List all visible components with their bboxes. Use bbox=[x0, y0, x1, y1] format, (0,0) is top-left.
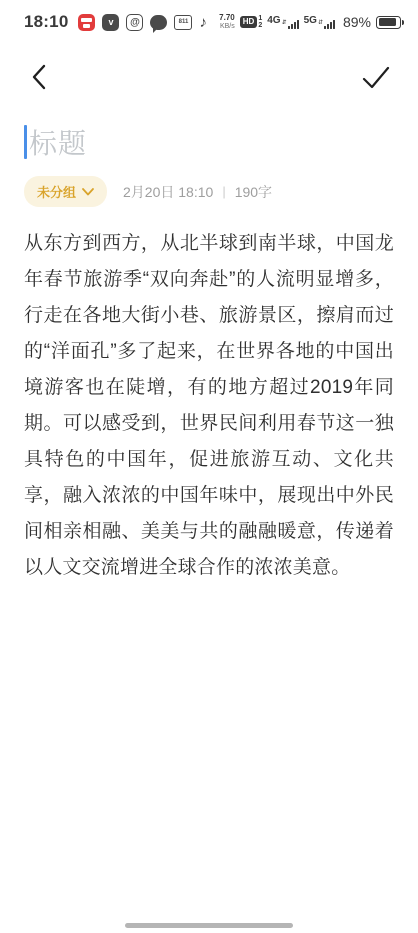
meta-separator: | bbox=[222, 184, 225, 199]
notification-icons: v @ 811 ♪ bbox=[78, 14, 207, 31]
volte-hd-icon: HD 1 2 bbox=[240, 15, 262, 29]
battery-percent: 89% bbox=[343, 14, 371, 30]
battery-icon bbox=[376, 16, 404, 29]
text-cursor bbox=[24, 125, 27, 159]
sim2-signal-icon: 5G ⇵ bbox=[304, 16, 335, 29]
network-speed: 7.70 KB/s bbox=[219, 14, 235, 30]
note-datetime: 2月20日 18:10 bbox=[123, 182, 213, 202]
chat-bubble-icon bbox=[150, 15, 167, 30]
home-indicator-handle[interactable] bbox=[125, 923, 293, 928]
at-app-icon: @ bbox=[126, 14, 143, 31]
group-label: 未分组 bbox=[37, 182, 76, 201]
clock: 18:10 bbox=[24, 12, 68, 32]
sim-indexes: 1 2 bbox=[258, 15, 262, 29]
music-note-icon: ♪ bbox=[199, 14, 207, 31]
signal-bars-icon bbox=[288, 20, 299, 29]
checkmark-icon bbox=[362, 65, 390, 89]
chevron-left-icon bbox=[30, 64, 48, 90]
nav-bar bbox=[0, 48, 418, 106]
status-indicators: 7.70 KB/s HD 1 2 4G ⇵ 5G ⇵ 89% bbox=[219, 14, 404, 30]
tv-app-icon: 811 bbox=[174, 15, 192, 30]
word-count: 190字 bbox=[235, 182, 272, 202]
note-body-editor[interactable]: 从东方到西方，从北半球到南半球，中国龙年春节旅游季“双向奔赴”的人流明显增多，行… bbox=[0, 226, 418, 586]
battery-fill bbox=[379, 18, 397, 26]
signal-bars-icon bbox=[324, 20, 335, 29]
note-meta-row: 未分组 2月20日 18:10 | 190字 bbox=[0, 176, 418, 207]
group-selector[interactable]: 未分组 bbox=[24, 176, 107, 207]
note-metadata: 2月20日 18:10 | 190字 bbox=[123, 182, 272, 202]
status-bar: 18:10 v @ 811 ♪ 7.70 KB/s HD 1 2 4G bbox=[0, 0, 418, 44]
confirm-button[interactable] bbox=[360, 63, 392, 91]
title-input[interactable]: 标题 bbox=[0, 120, 418, 164]
note-editor-screen: 18:10 v @ 811 ♪ 7.70 KB/s HD 1 2 4G bbox=[0, 0, 418, 933]
sim1-signal-icon: 4G ⇵ bbox=[267, 16, 298, 29]
v-app-icon: v bbox=[102, 14, 119, 31]
title-placeholder: 标题 bbox=[29, 122, 87, 162]
chevron-down-icon bbox=[82, 188, 94, 196]
back-button[interactable] bbox=[28, 62, 50, 92]
red-app-icon bbox=[78, 14, 95, 31]
